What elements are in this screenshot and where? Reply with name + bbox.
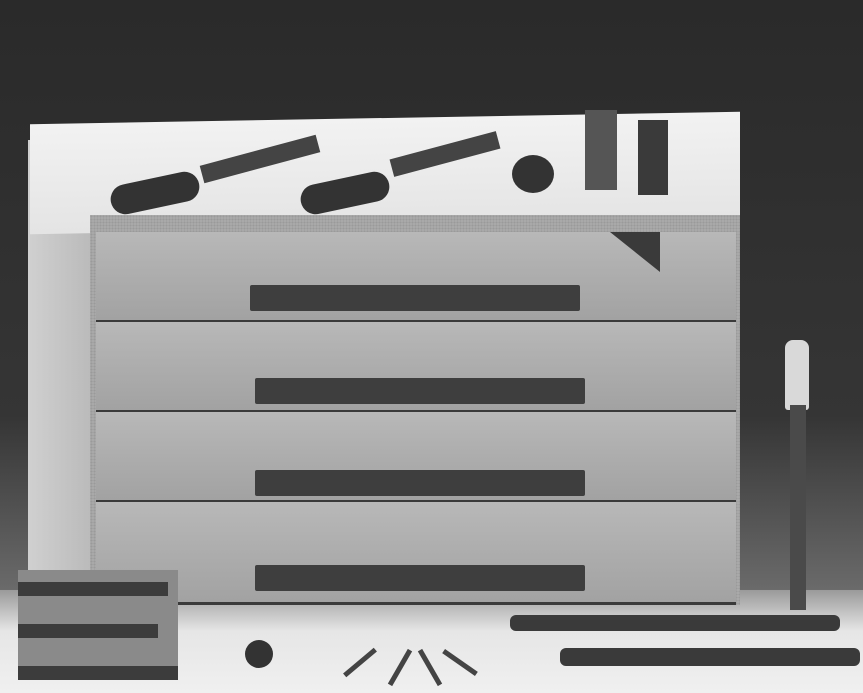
- container-icon: [638, 120, 668, 195]
- drawer-corner-marker: [610, 232, 660, 272]
- block-row: [18, 666, 178, 680]
- lamp-post: [790, 405, 806, 610]
- drawer-2-handle: [255, 378, 585, 404]
- drawer-4-handle: [255, 565, 585, 591]
- drawer-1-handle: [250, 285, 580, 311]
- container-icon: [585, 110, 617, 190]
- photo-scene: [0, 0, 863, 693]
- lamp-head-icon: [785, 340, 809, 410]
- floor-shadow: [510, 615, 840, 631]
- stacked-blocks: [18, 570, 178, 680]
- block-row: [18, 582, 168, 596]
- floor-shadow: [560, 648, 860, 666]
- drawer-3-handle: [255, 470, 585, 496]
- block-row: [18, 624, 158, 638]
- round-knob-icon: [512, 155, 554, 193]
- small-tool-icon: [245, 640, 273, 668]
